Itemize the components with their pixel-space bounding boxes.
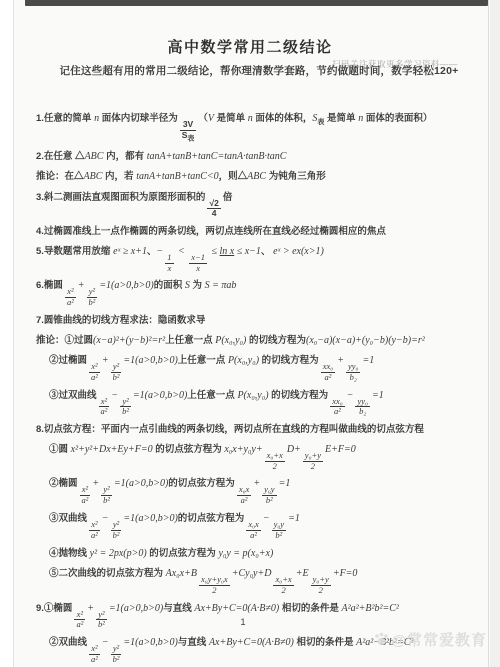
content-area: 1.任意的简单 n 面体内切球半径为3VS表（V 是简单 n 面体的体积，S表 … [36,106,478,667]
content-line: ②过椭圆x²a²+y²b²=1(a>0,b>0)上任意一点 P(x₀,y₀) 的… [49,354,478,383]
content-line: ④抛物线 y² = 2px(p>0) 的切点弦方程为 y₀y = p(x₀+x) [49,547,478,562]
bottom-watermark: @常常爱教育 [374,629,487,650]
scan-top-edge-shadow [25,0,488,6]
content-line: 推论：在△ABC 内，若 tanA+tanB+tanC<0，则△ABC 为钝角三… [36,170,478,185]
bottom-watermark-text: @常常爱教育 [391,629,487,650]
top-watermark: 扫码关注获取更多学习资料—— [332,58,497,70]
content-line: 1.任意的简单 n 面体内切球半径为3VS表（V 是简单 n 面体的体积，S表 … [36,112,478,144]
content-line: ⑤二次曲线的切点弦方程为 Ax₀x+Bx₀y+y₀x2+Cy₀y+Dx₀+x2+… [49,567,478,596]
content-line: 推论：①过圆(x−a)²+(y−b)²=r²上任意一点 P(x₀,y₀) 的切线… [36,334,478,349]
scan-right-edge-line [488,0,489,667]
content-line: 3.斜二测画法直观图面积为原图形面积的√24倍 [36,191,478,220]
scan-left-edge-line [13,0,14,667]
page-title: 高中数学常用二级结论 [0,36,500,57]
content-line: 5.导数题常用放缩 eˣ ≥ x+1、−1x < x−1x ≤ ln x ≤ x… [36,245,478,274]
page-number: 1 [0,617,486,627]
content-line: 2.在任意 △ABC 内，都有 tanA+tanB+tanC=tanA·tanB… [36,150,478,165]
content-line: 6.椭圆x²a²+y²b²=1(a>0,b>0)的面积 S 为 S = πab [36,279,478,308]
content-line: ②椭圆x²a²+y²b²=1(a>0,b>0)的切点弦方程为x₀xa²+y₀yb… [49,477,478,506]
paw-icon [374,632,389,647]
scan-right-margin [490,0,500,667]
content-line: 4.过椭圆准线上一点作椭圆的两条切线，两切点连线所在直线必经过椭圆相应的焦点 [36,225,478,239]
content-line: ③双曲线x²a²−y²b²=1(a>0,b>0)的切点弦方程为x₀xa²−y₀y… [49,512,478,541]
content-line: ③过双曲线x²a²−y²b²=1(a>0,b>0)上任意一点 P(x₀,y₀) … [49,389,478,418]
content-line: ①圆 x²+y²+Dx+Ey+F=0 的切点弦方程为 x₀x+y₀y+x₀+x2… [49,443,478,472]
content-line: 8.切点弦方程：平面内一点引曲线的两条切线，两切点所在直线的方程叫做曲线的切点弦… [36,423,478,437]
content-line: 7.圆锥曲线的切线方程求法：隐函数求导 [36,314,478,328]
